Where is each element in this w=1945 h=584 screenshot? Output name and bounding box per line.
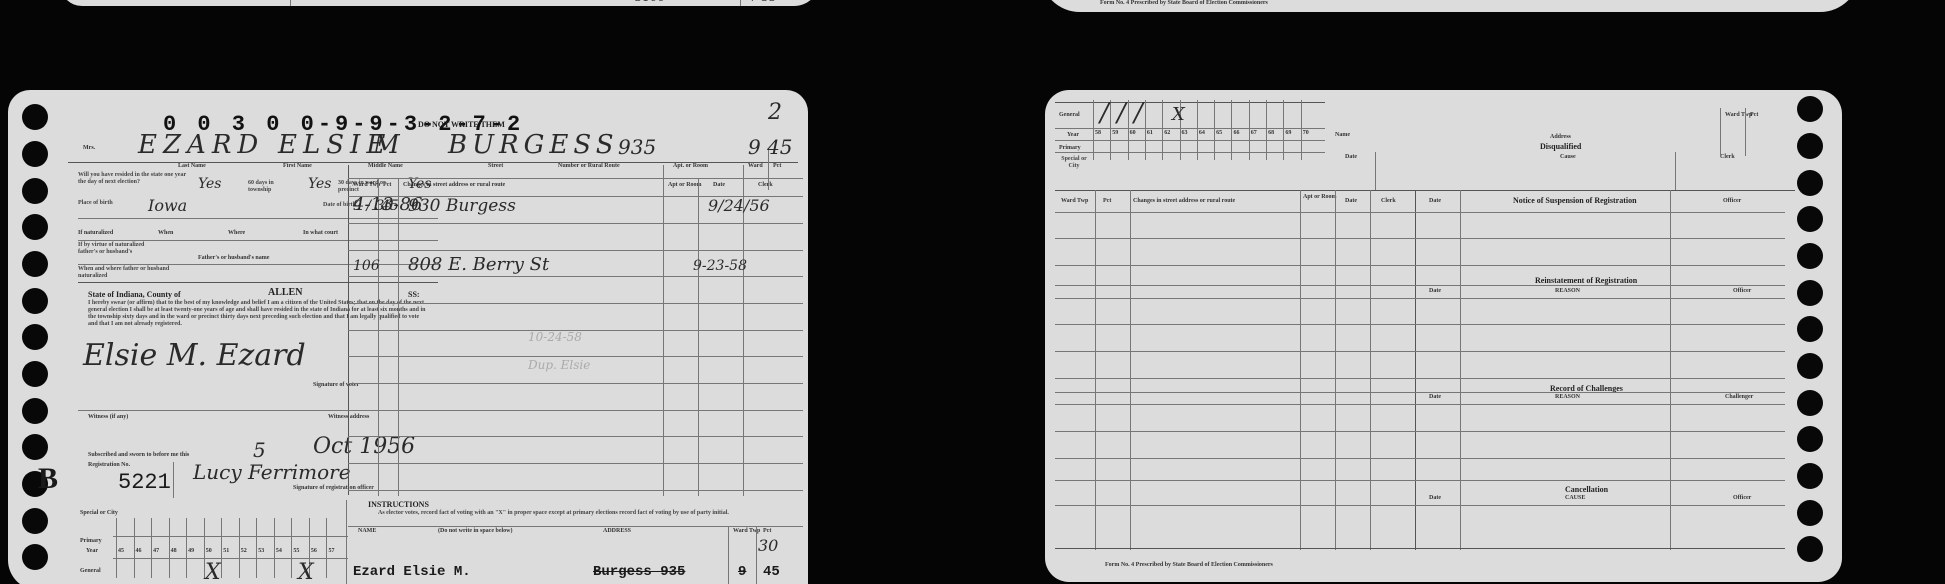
- title-label: Mrs.: [83, 145, 95, 152]
- typed-name: Ezard Elsie M.: [353, 564, 471, 580]
- vote-mark-51: X: [205, 560, 221, 584]
- pct-label: Pct: [773, 163, 781, 170]
- grid-label-primary: Primary: [80, 538, 102, 545]
- cancellation-title: Cancellation: [1565, 485, 1608, 494]
- grid-label-special: Special or City: [80, 510, 118, 517]
- officer-signature: Lucy Ferrimore: [193, 460, 351, 484]
- cause-label: Cause: [1560, 154, 1576, 161]
- middle-name-label: Middle Name: [368, 163, 403, 170]
- fragment-text: 7 55: [750, 0, 777, 4]
- grid-label-year: Year: [1067, 132, 1079, 139]
- resided-state-label: Will you have resided in the state one y…: [78, 172, 188, 186]
- last-name-label: Last Name: [178, 163, 206, 170]
- challenges-reason-label: REASON: [1555, 394, 1580, 401]
- when-label: When: [158, 230, 173, 237]
- suspension-title: Notice of Suspension of Registration: [1513, 196, 1637, 205]
- grid-label-primary: Primary: [1059, 145, 1081, 152]
- year-cell: 64: [1199, 130, 1205, 137]
- year-cell: 57: [328, 548, 334, 555]
- col-clerk: Clerk: [758, 182, 773, 189]
- year-cell: 49: [188, 548, 194, 555]
- house-number: 935: [618, 135, 656, 159]
- grid-label-special: Special or City: [1059, 156, 1089, 170]
- registration-number: 5221: [118, 470, 171, 495]
- year-cell: 69: [1285, 130, 1291, 137]
- typed-pct: 45: [763, 564, 780, 580]
- year-cell: 53: [258, 548, 264, 555]
- col-clerk: Clerk: [1381, 198, 1396, 205]
- number-label: Number or Rural Route: [558, 163, 620, 170]
- clerk-label: Clerk: [1720, 154, 1735, 161]
- county-value: ALLEN: [268, 287, 302, 298]
- place-of-birth-value: Iowa: [148, 196, 187, 215]
- year-cell: 54: [276, 548, 282, 555]
- year-cell: 65: [1216, 130, 1222, 137]
- typed-address: Burgess 935: [593, 564, 685, 580]
- year-cell: 46: [136, 548, 142, 555]
- col-ward: Ward Twp: [1061, 198, 1088, 205]
- apt-label: Apt. or Room: [673, 163, 708, 170]
- name-label: Name: [1335, 132, 1350, 139]
- subscribed-label: Subscribed and sworn to before me this: [88, 452, 189, 459]
- cancellation-officer-label: Officer: [1733, 495, 1751, 502]
- do-not-write-notice: DO NOT WRITE THEM: [418, 120, 505, 129]
- ward-precinct: 9 45: [748, 135, 793, 159]
- do-not-write-below: (Do not write in space below): [438, 528, 513, 535]
- name-label: NAME: [358, 528, 376, 535]
- fragment-text: 3100: [635, 0, 666, 4]
- resided-state-value: Yes: [198, 176, 222, 192]
- challenges-date-label: Date: [1429, 394, 1441, 401]
- street: BURGESS: [448, 130, 619, 160]
- form-footer: Form No. 4 Prescribed by State Board of …: [1105, 562, 1273, 569]
- row2-address: 808 E. Berry St: [408, 254, 549, 275]
- year-cell: 56: [311, 548, 317, 555]
- row2-ward: 106: [353, 258, 380, 274]
- faint-entry: 10-24-58: [528, 330, 582, 344]
- cancellation-cause-label: CAUSE: [1565, 495, 1585, 502]
- year-cell: 45: [118, 548, 124, 555]
- first-name-label: First Name: [283, 163, 312, 170]
- challenger-label: Challenger: [1725, 394, 1753, 401]
- vote-marks: / / /: [1100, 98, 1143, 128]
- grid-label-year: Year: [86, 548, 98, 555]
- col-apt: Apt or Room: [668, 182, 702, 189]
- subscribed-day: 5: [253, 438, 266, 462]
- year-cell: 60: [1130, 130, 1136, 137]
- grid-line: [740, 0, 741, 6]
- year-cell: 66: [1233, 130, 1239, 137]
- naturalized-label: If naturalized: [78, 230, 113, 237]
- row2-date: 9-23-58: [693, 258, 747, 274]
- row1-address: 930 Burgess: [408, 196, 516, 216]
- father-name-label: Father's or husband's name: [198, 255, 269, 262]
- pct-label: Pct: [1750, 112, 1758, 119]
- address-label: ADDRESS: [603, 528, 631, 535]
- ss-label: SS:: [408, 290, 420, 299]
- col-date: Date: [713, 182, 725, 189]
- col-changes: Changes in street address or rural route: [1133, 198, 1235, 205]
- year-cell: 70: [1303, 130, 1309, 137]
- reinstatement-reason-label: REASON: [1555, 288, 1580, 295]
- father-naturalized-label: If by virtue of naturalized father's or …: [78, 242, 148, 256]
- grid-line: [290, 0, 291, 6]
- instructions-title: INSTRUCTIONS: [368, 500, 429, 509]
- witness-label: Witness (if any): [88, 414, 128, 421]
- voter-registration-card-back: General Year Primary Special or City 585…: [1045, 90, 1842, 582]
- year-cell: 67: [1251, 130, 1257, 137]
- col-pct: Pct: [383, 182, 391, 189]
- grid-label-general: General: [80, 568, 101, 575]
- pct-label-bottom: Pct: [763, 528, 771, 535]
- form-footer: Form No. 4 Prescribed by State Board of …: [1100, 0, 1268, 7]
- previous-card-fragment-left: 3100 7 55: [60, 0, 820, 6]
- instructions-text: As elector votes, record fact of voting …: [378, 510, 798, 517]
- reinstatement-title: Reinstatement of Registration: [1535, 276, 1637, 285]
- reinstatement-officer-label: Officer: [1733, 288, 1751, 295]
- reinstatement-date-label: Date: [1429, 288, 1441, 295]
- street-label: Street: [488, 163, 503, 170]
- where-label: Where: [228, 230, 245, 237]
- state-county-label: State of Indiana, County of: [88, 290, 181, 299]
- township-label: 60 days in township: [248, 180, 298, 194]
- father-when-where-label: When and where father or husband natural…: [78, 266, 178, 280]
- faint-entry: Dup. Elsie: [528, 358, 590, 372]
- date-label: Date: [1345, 154, 1357, 161]
- year-cell: 52: [241, 548, 247, 555]
- registration-no-label: Registration No.: [88, 462, 130, 469]
- subscribed-date: Oct 1956: [313, 434, 415, 459]
- year-cell: 58: [1095, 130, 1101, 137]
- voter-registration-card-front: 0 0 3 0 0-9-9-3-2-7-2 DO NOT WRITE THEM …: [8, 90, 808, 584]
- suspension-officer-label: Officer: [1723, 198, 1741, 205]
- disqualified-label: Disqualified: [1540, 142, 1581, 151]
- year-cell: 68: [1268, 130, 1274, 137]
- grid-label-general: General: [1059, 112, 1080, 119]
- year-cell: 62: [1164, 130, 1170, 137]
- court-label: In what court: [303, 230, 338, 237]
- col-changes: Changes in street address or rural route: [403, 182, 505, 189]
- suspension-date-label: Date: [1429, 198, 1441, 205]
- col-ward: Ward Twp: [353, 182, 380, 189]
- year-cell: 55: [293, 548, 299, 555]
- place-of-birth-label: Place of birth: [78, 200, 118, 207]
- col-date: Date: [1345, 198, 1357, 205]
- year-cell: 50: [206, 548, 212, 555]
- year-cell: 47: [153, 548, 159, 555]
- address-label: Address: [1550, 134, 1571, 141]
- cancellation-date-label: Date: [1429, 495, 1441, 502]
- vote-mark-56: X: [298, 560, 314, 584]
- year-cell: 61: [1147, 130, 1153, 137]
- middle-name: M: [373, 130, 400, 160]
- row1-pct: 45: [381, 198, 399, 214]
- typed-ward: 9: [738, 564, 746, 580]
- last-name: EZARD: [138, 130, 264, 160]
- ward-handwritten: 30: [758, 536, 778, 555]
- vote-mark-62: X: [1172, 104, 1185, 125]
- col-apt: Apt or Room: [1303, 194, 1337, 201]
- ward-label: Ward: [748, 163, 763, 170]
- year-cell: 48: [171, 548, 177, 555]
- year-cell: 63: [1182, 130, 1188, 137]
- oath-text: I hereby swear (or affirm) that to the b…: [88, 300, 428, 328]
- col-pct: Pct: [1103, 198, 1111, 205]
- township-value: Yes: [308, 176, 332, 192]
- row1-date: 9/24/56: [708, 196, 770, 215]
- check-mark: 2: [768, 100, 782, 125]
- ward-twp-label: Ward Twp: [1725, 112, 1752, 119]
- year-cell: 59: [1112, 130, 1118, 137]
- year-cell: 51: [223, 548, 229, 555]
- previous-card-fragment-right: Form No. 4 Prescribed by State Board of …: [1040, 0, 1860, 12]
- voter-signature: Elsie M. Ezard: [83, 338, 306, 373]
- registration-letter: B: [38, 462, 58, 496]
